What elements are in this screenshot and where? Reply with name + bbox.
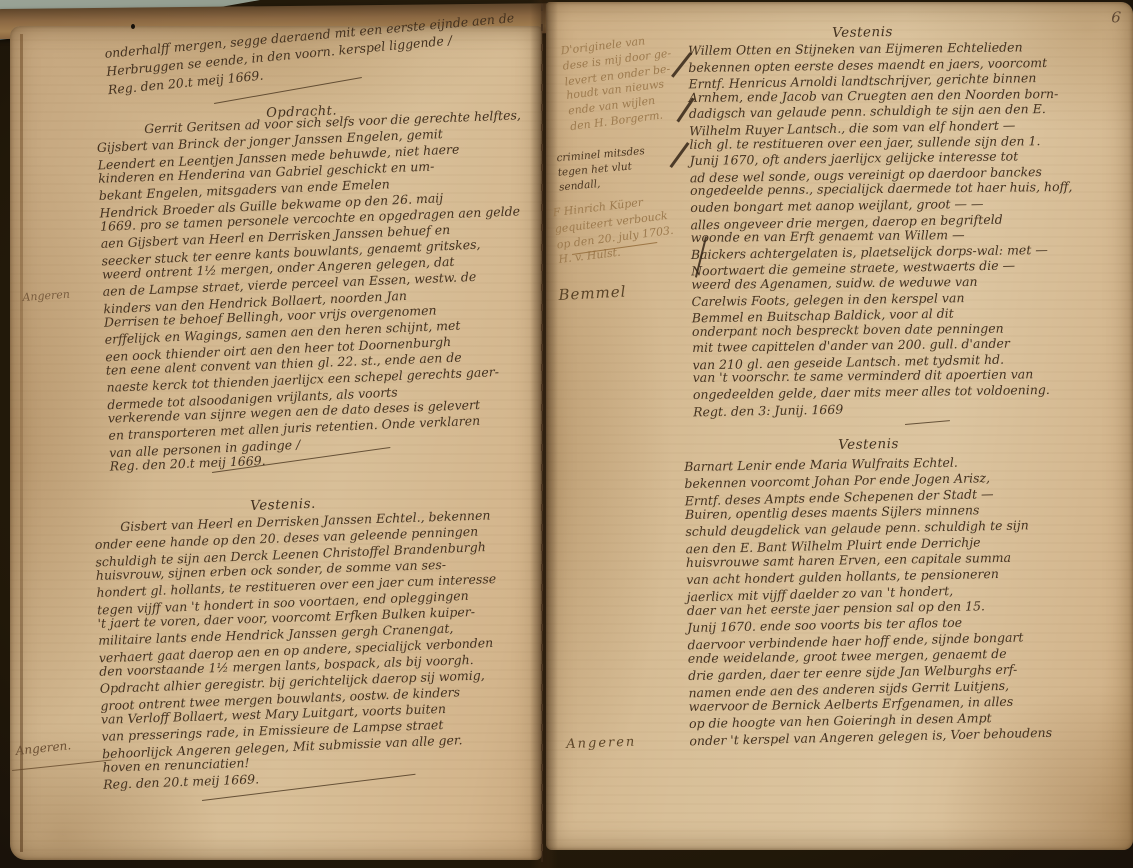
right-entry-vestenis-2: Barnart Lenir ende Maria Wulfraits Echte… <box>684 453 1052 748</box>
margin-note-crossed: D'originele vandese is mij door ge-lever… <box>560 31 679 134</box>
right-entry-vestenis-1: Willem Otten en Stijneken van Eijmeren E… <box>688 39 1076 419</box>
heading-vestenis-right-2: Vestenis <box>838 436 899 453</box>
heading-vestenis-right-1: Vestenis <box>832 24 893 41</box>
left-entry-opdracht: Gerrit Geritsen ad voor sich selfs voor … <box>96 107 535 476</box>
binding-gutter <box>530 0 558 868</box>
margin-label-angeren-right: Angeren <box>566 735 637 752</box>
page-number: 6 <box>1111 8 1122 27</box>
left-entry-vestenis: Gisbert van Heerl en Derrisken Janssen E… <box>94 507 503 793</box>
manuscript-scan: onderhalff mergen, segge daeraend mit ee… <box>0 0 1133 868</box>
margin-note-dark: criminel mitsdestegen het vlutsendall, <box>556 144 648 194</box>
page-stack-edge <box>20 34 23 852</box>
ink-speck <box>131 24 135 29</box>
heading-vestenis-left: Vestenis. <box>250 496 316 514</box>
binding-stitches <box>541 4 543 862</box>
margin-label-bemmel: Bemmel <box>558 282 627 304</box>
